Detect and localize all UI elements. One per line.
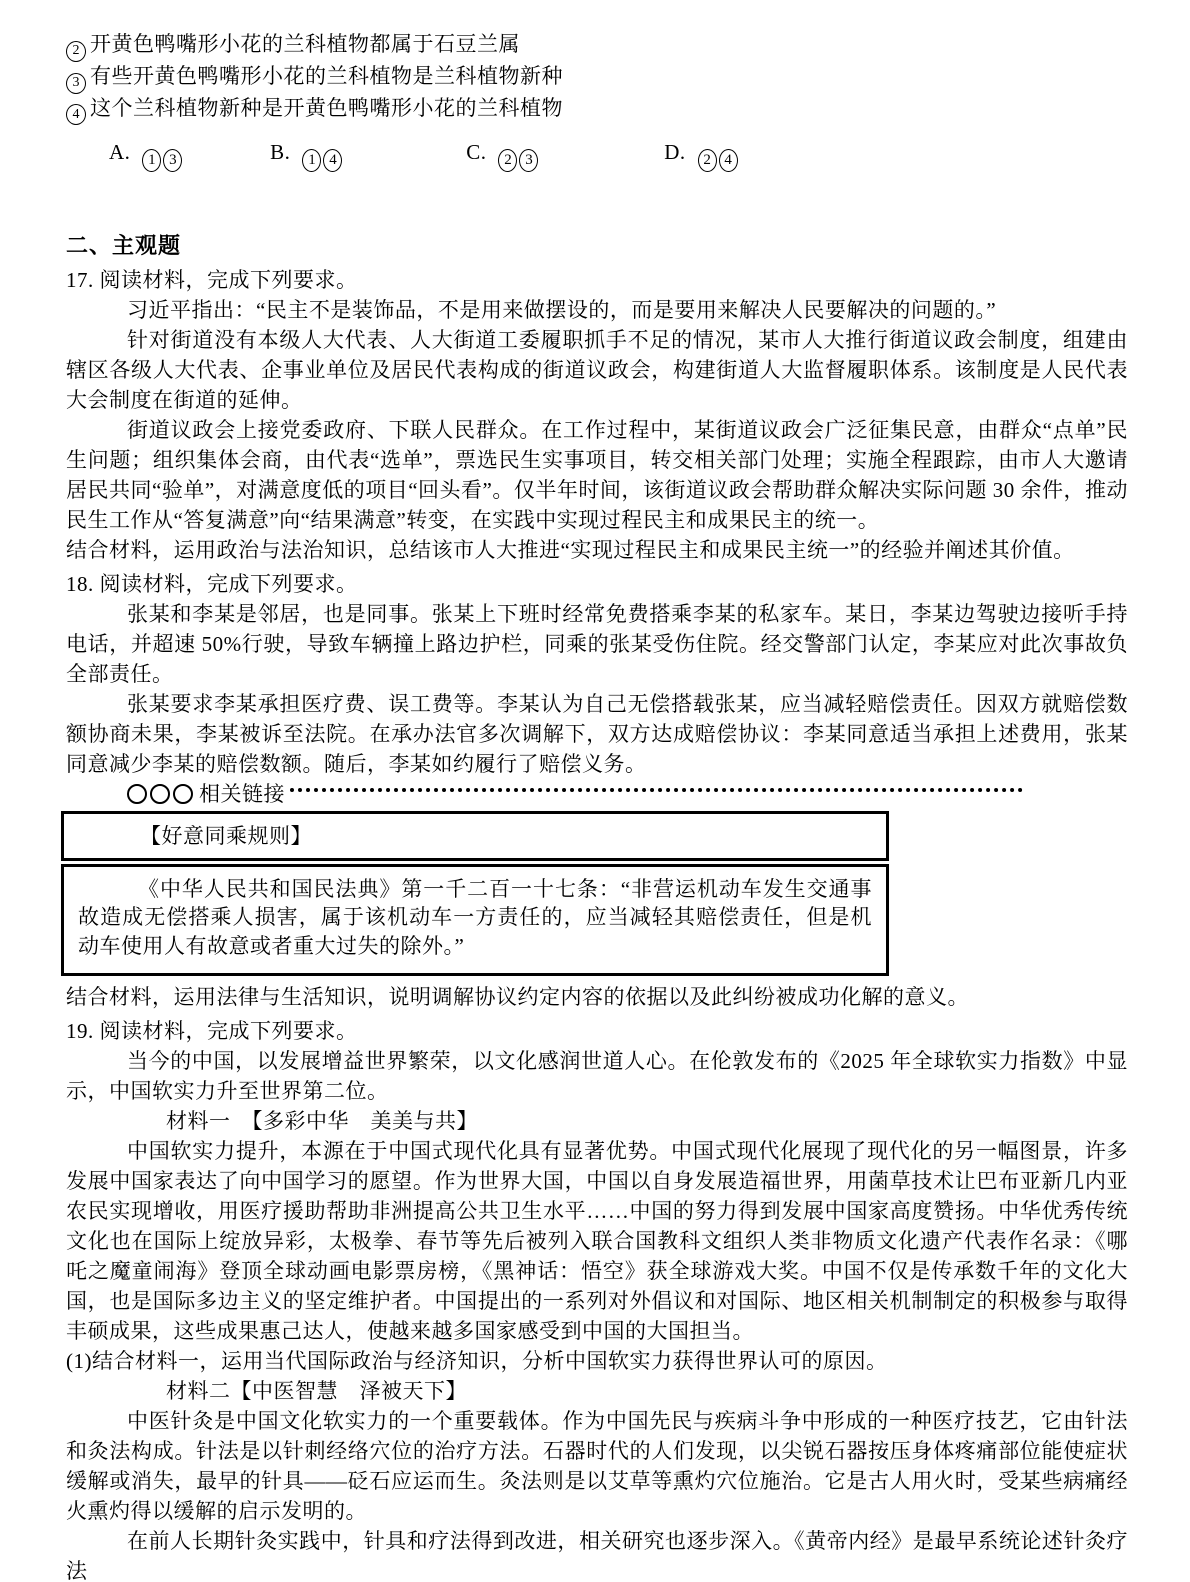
rule-title: 【好意同乘规则】 (78, 823, 872, 850)
circle-icon (150, 784, 170, 804)
material2-text: 中医针灸是中国文化软实力的一个重要载体。作为中国先民与疾病斗争中形成的一种医疗技… (66, 1406, 1128, 1526)
page-content: 2开黄色鸭嘴形小花的兰科植物都属于石豆兰属 3有些开黄色鸭嘴形小花的兰科植物是兰… (0, 0, 1190, 1582)
option-a: A.13 (109, 138, 184, 172)
option-c: C.23 (466, 138, 540, 172)
dotted-leader (290, 788, 1023, 792)
circle-icon (127, 784, 147, 804)
circled-number-icon: 2 (498, 149, 517, 172)
circle-icon (173, 784, 193, 804)
circled-number-icon: 4 (719, 149, 738, 172)
option-label: A. (109, 140, 130, 164)
circled-number-icon: 2 (66, 41, 86, 62)
option-label: D. (664, 140, 685, 164)
q19-intro: 当今的中国，以发展增益世界繁荣，以文化感润世道人心。在伦敦发布的《2025 年全… (66, 1046, 1128, 1106)
circled-number-icon: 2 (698, 149, 717, 172)
option-b: B.14 (270, 138, 344, 172)
q18-question: 结合材料，运用法律与生活知识，说明调解协议约定内容的依据以及此纠纷被成功化解的意… (66, 982, 1128, 1012)
q17-paragraph-2: 针对街道没有本级人大代表、人大街道工委履职抓手不足的情况，某市人大推行街道议政会… (66, 325, 1128, 415)
exam-page: 2开黄色鸭嘴形小花的兰科植物都属于石豆兰属 3有些开黄色鸭嘴形小花的兰科植物是兰… (0, 0, 1190, 1582)
q17-paragraph-1: 习近平指出：“民主不是装饰品，不是用来做摆设的，而是要用来解决人民要解决的问题的… (66, 295, 1128, 325)
circled-number-icon: 4 (323, 149, 342, 172)
q17-stem: 17. 阅读材料，完成下列要求。 (66, 265, 1128, 295)
statement-line-3: 3有些开黄色鸭嘴形小花的兰科植物是兰科植物新种 (66, 62, 1128, 94)
section-heading: 二、主观题 (66, 231, 1128, 261)
material1-heading: 材料一 【多彩中华 美美与共】 (66, 1106, 1128, 1136)
circled-number-icon: 3 (163, 149, 182, 172)
q18-stem: 18. 阅读材料，完成下列要求。 (66, 569, 1128, 599)
statement-text: 有些开黄色鸭嘴形小花的兰科植物是兰科植物新种 (90, 64, 563, 88)
circled-number-icon: 3 (66, 73, 86, 94)
option-label: B. (270, 140, 290, 164)
law-reference-box: 《中华人民共和国民法典》第一千二百一十七条：“非营运机动车发生交通事故造成无偿搭… (61, 864, 889, 977)
q19-question-1: (1)结合材料一，运用当代国际政治与经济知识，分析中国软实力获得世界认可的原因。 (66, 1346, 1128, 1376)
q17-question: 结合材料，运用政治与法治知识，总结该市人大推进“实现过程民主和成果民主统一”的经… (66, 535, 1128, 565)
material2-text-continued: 在前人长期针灸实践中，针具和疗法得到改进，相关研究也逐步深入。《黄帝内经》是最早… (66, 1526, 1128, 1582)
circled-number-icon: 1 (302, 149, 321, 172)
statement-text: 这个兰科植物新种是开黄色鸭嘴形小花的兰科植物 (90, 96, 563, 120)
material2-heading: 材料二【中医智慧 泽被天下】 (66, 1376, 1128, 1406)
related-link-label: 相关链接 (199, 779, 285, 809)
statement-text: 开黄色鸭嘴形小花的兰科植物都属于石豆兰属 (90, 32, 520, 56)
q18-paragraph-1: 张某和李某是邻居，也是同事。张某上下班时经常免费搭乘李某的私家车。某日，李某边驾… (66, 599, 1128, 689)
statement-line-2: 2开黄色鸭嘴形小花的兰科植物都属于石豆兰属 (66, 30, 1128, 62)
material1-text: 中国软实力提升，本源在于中国式现代化具有显著优势。中国式现代化展现了现代化的另一… (66, 1136, 1128, 1346)
option-label: C. (466, 140, 486, 164)
circled-number-icon: 4 (66, 104, 86, 125)
rule-title-box: 【好意同乘规则】 (61, 811, 889, 861)
related-link-line: 相关链接 (66, 779, 1128, 809)
circled-number-icon: 1 (142, 149, 161, 172)
answer-options-row: A.13 B.14 C.23 D.24 (66, 138, 1128, 172)
option-d: D.24 (664, 138, 739, 172)
statement-line-4: 4这个兰科植物新种是开黄色鸭嘴形小花的兰科植物 (66, 94, 1128, 126)
q17-paragraph-3: 街道议政会上接党委政府、下联人民群众。在工作过程中，某街道议政会广泛征集民意，由… (66, 415, 1128, 535)
circled-number-icon: 3 (519, 149, 538, 172)
law-reference-text: 《中华人民共和国民法典》第一千二百一十七条：“非营运机动车发生交通事故造成无偿搭… (78, 875, 872, 961)
q19-stem: 19. 阅读材料，完成下列要求。 (66, 1016, 1128, 1046)
q18-paragraph-2: 张某要求李某承担医疗费、误工费等。李某认为自己无偿搭载张某，应当减轻赔偿责任。因… (66, 689, 1128, 779)
